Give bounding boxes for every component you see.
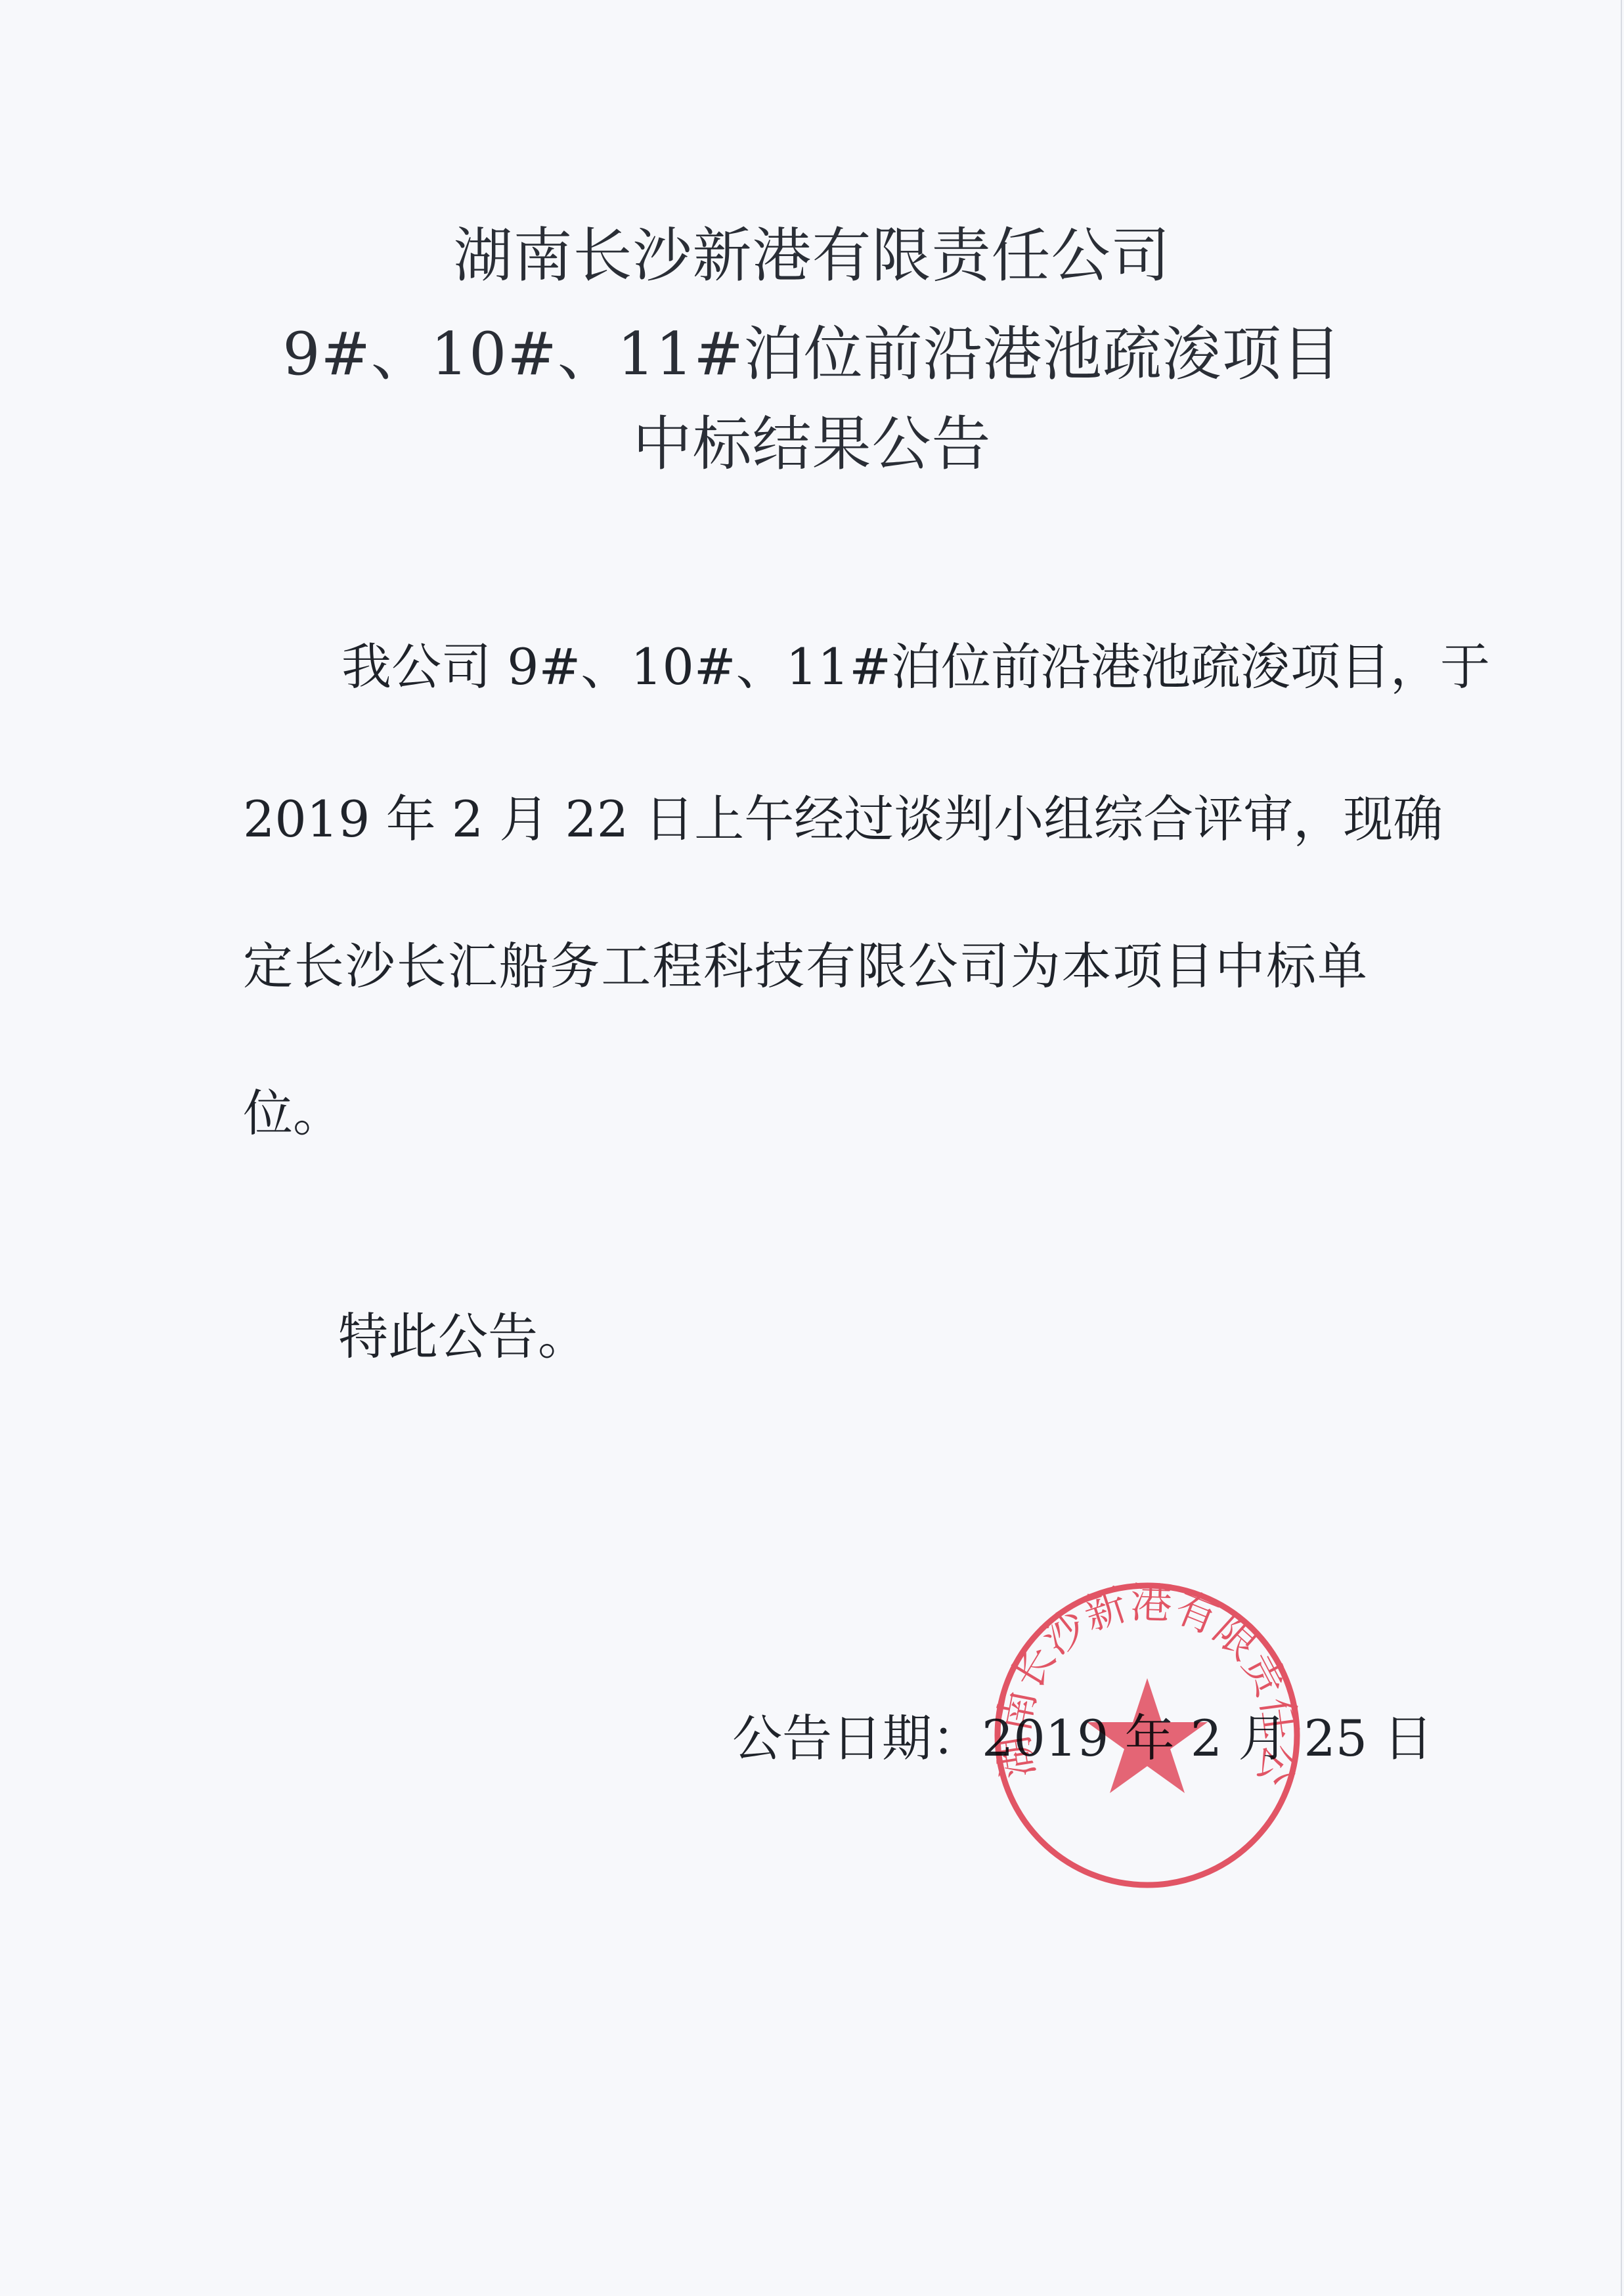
body-line-3: 定长沙长汇船务工程科技有限公司为本项目中标单 <box>243 934 1367 999</box>
closing-text: 特此公告。 <box>338 1304 588 1370</box>
star-icon <box>1087 1678 1208 1793</box>
body-line-2: 2019 年 2 月 22 日上午经过谈判小组综合评审，现确 <box>243 787 1367 852</box>
title-company: 湖南长沙新港有限责任公司 <box>0 220 1624 292</box>
title-announcement: 中标结果公告 <box>0 408 1624 481</box>
body-line-1: 我公司 9#、10#、11#泊位前沿港池疏浚项目，于 <box>341 634 1367 700</box>
title-project: 9#、10#、11#泊位前沿港池疏浚项目 <box>0 318 1624 391</box>
date-label: 公告日期： <box>732 1709 982 1767</box>
body-line-4: 位。 <box>243 1081 343 1146</box>
company-seal: 湖南长沙新港有限责任公司 <box>993 1581 1302 1890</box>
